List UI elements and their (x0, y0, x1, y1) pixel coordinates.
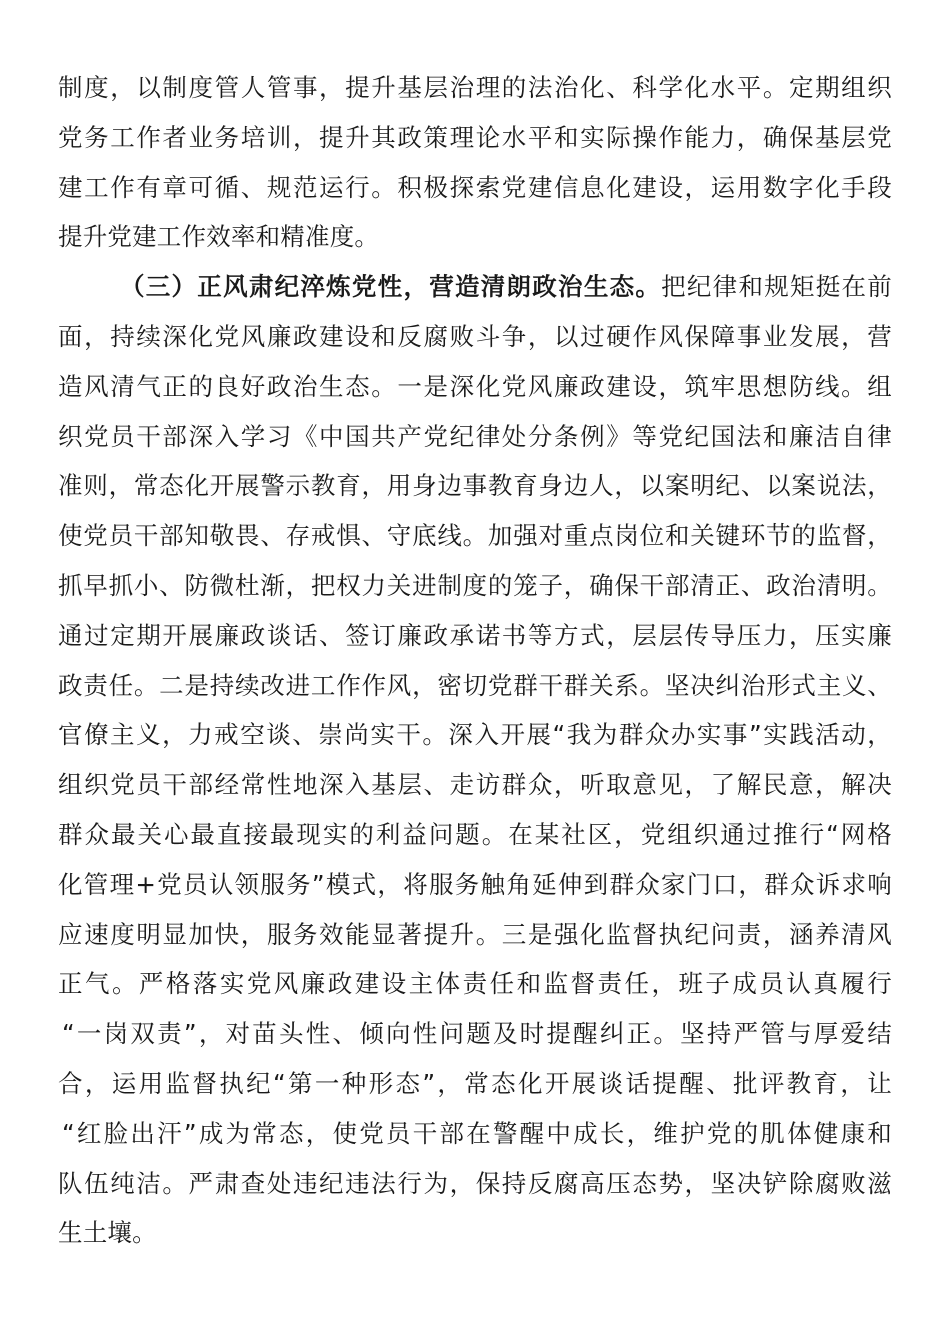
text-line: 生土壤。 (58, 1208, 892, 1258)
text-line: 群众最关心最直接最现实的利益问题。在某社区，党组织通过推行“网格 (58, 810, 892, 860)
text-line: 准则，常态化开展警示教育，用身边事教育身边人，以案明纪、以案说法， (58, 461, 892, 511)
section-heading-line: （三）正风肃纪淬炼党性，营造清朗政治生态。把纪律和规矩挺在前 (58, 262, 892, 312)
text-line: 面，持续深化党风廉政建设和反腐败斗争，以过硬作风保障事业发展，营 (58, 312, 892, 362)
paragraph-1: 制度，以制度管人管事，提升基层治理的法治化、科学化水平。定期组织 党务工作者业务… (58, 63, 892, 262)
paragraph-2: （三）正风肃纪淬炼党性，营造清朗政治生态。把纪律和规矩挺在前 面，持续深化党风廉… (58, 262, 892, 1258)
document-page: 制度，以制度管人管事，提升基层治理的法治化、科学化水平。定期组织 党务工作者业务… (0, 0, 950, 1344)
text-line: 合，运用监督执纪“第一种形态”，常态化开展谈话提醒、批评教育，让 (58, 1059, 892, 1109)
section-heading: （三）正风肃纪淬炼党性，营造清朗政治生态。 (120, 272, 661, 301)
text-line: 化管理+党员认领服务”模式，将服务触角延伸到群众家门口，群众诉求响 (58, 860, 892, 910)
text-line: 建工作有章可循、规范运行。积极探索党建信息化建设，运用数字化手段 (58, 163, 892, 213)
text-line: 应速度明显加快，服务效能显著提升。三是强化监督执纪问责，涵养清风 (58, 910, 892, 960)
text-line: 提升党建工作效率和精准度。 (58, 212, 892, 262)
text-line: 织党员干部深入学习《中国共产党纪律处分条例》等党纪国法和廉洁自律 (58, 412, 892, 462)
heading-line-rest: 把纪律和规矩挺在前 (661, 272, 892, 301)
text-line: 组织党员干部经常性地深入基层、走访群众，听取意见，了解民意，解决 (58, 760, 892, 810)
document-body: 制度，以制度管人管事，提升基层治理的法治化、科学化水平。定期组织 党务工作者业务… (58, 63, 892, 1258)
text-line: 队伍纯洁。严肃查处违纪违法行为，保持反腐高压态势，坚决铲除腐败滋 (58, 1159, 892, 1209)
text-line: 抓早抓小、防微杜渐，把权力关进制度的笼子，确保干部清正、政治清明。 (58, 561, 892, 611)
text-line: “红脸出汗”成为常态，使党员干部在警醒中成长，维护党的肌体健康和 (58, 1109, 892, 1159)
text-line: 官僚主义，力戒空谈、崇尚实干。深入开展“我为群众办实事”实践活动， (58, 710, 892, 760)
text-line: 政责任。二是持续改进工作作风，密切党群干群关系。坚决纠治形式主义、 (58, 661, 892, 711)
text-line: 使党员干部知敬畏、存戒惧、守底线。加强对重点岗位和关键环节的监督， (58, 511, 892, 561)
text-line: 正气。严格落实党风廉政建设主体责任和监督责任，班子成员认真履行 (58, 959, 892, 1009)
text-line: 制度，以制度管人管事，提升基层治理的法治化、科学化水平。定期组织 (58, 63, 892, 113)
text-line: 造风清气正的良好政治生态。一是深化党风廉政建设，筑牢思想防线。组 (58, 362, 892, 412)
text-line: 通过定期开展廉政谈话、签订廉政承诺书等方式，层层传导压力，压实廉 (58, 611, 892, 661)
text-line: “一岗双责”，对苗头性、倾向性问题及时提醒纠正。坚持严管与厚爱结 (58, 1009, 892, 1059)
text-line: 党务工作者业务培训，提升其政策理论水平和实际操作能力，确保基层党 (58, 113, 892, 163)
